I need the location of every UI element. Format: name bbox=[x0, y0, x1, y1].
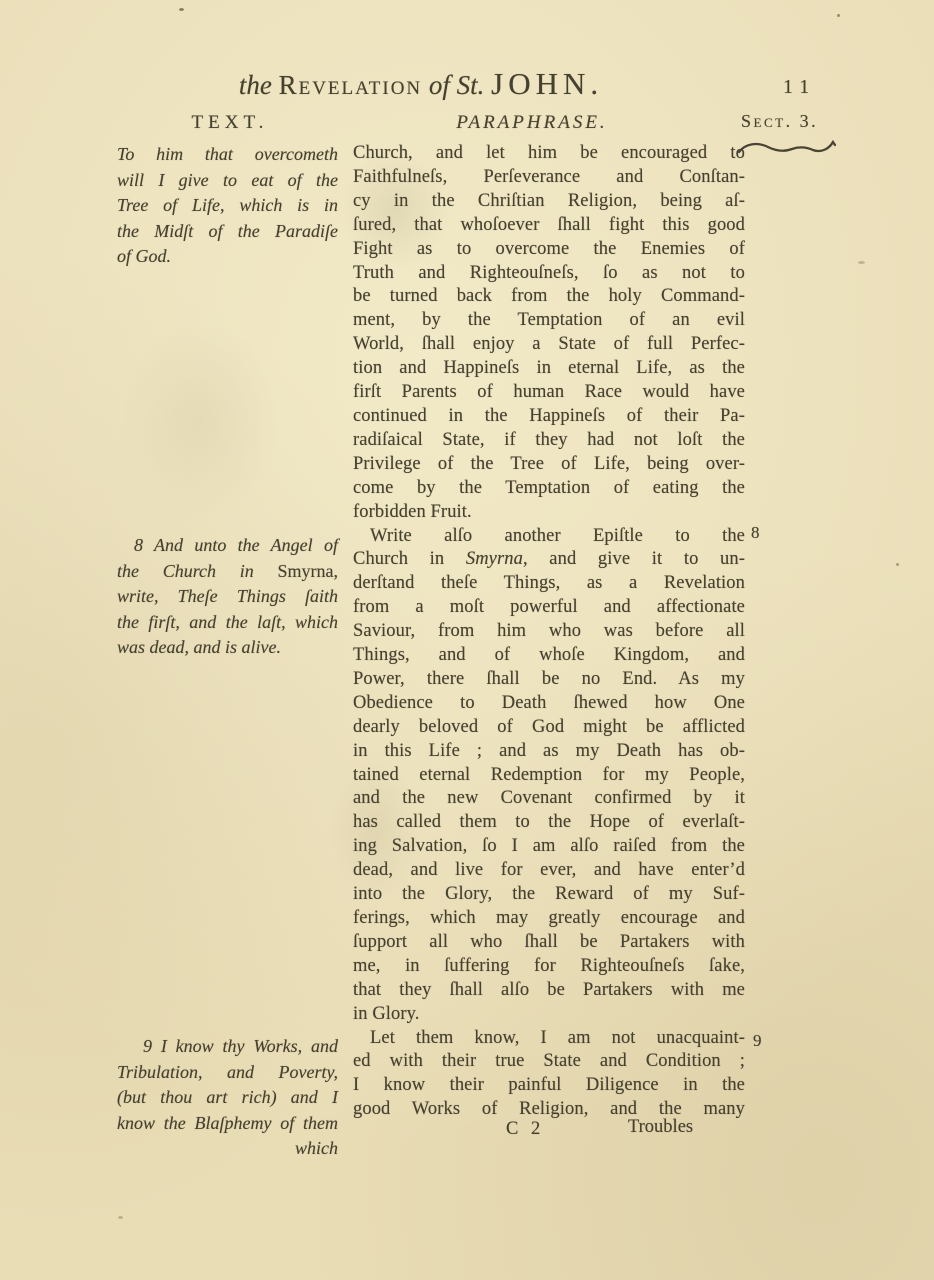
text-line: cy in the Chriſtian Religion, being aſ- bbox=[353, 190, 745, 214]
text-line: radiſaical State, if they had not loſt t… bbox=[353, 429, 745, 453]
text-line: To him that overcometh bbox=[117, 142, 338, 168]
text-line: I know their painful Diligence in the bbox=[353, 1074, 745, 1098]
text-line: ferings, which may greatly encourage and bbox=[353, 907, 745, 931]
text-line: ment, by the Temptation of an evil bbox=[353, 309, 745, 333]
margin-verse-number: 8 bbox=[751, 523, 760, 543]
text-line: has called them to the Hope of everlaſt- bbox=[353, 811, 745, 835]
text-line: Fight as to overcome the Enemies of bbox=[353, 238, 745, 262]
text-line: of God. bbox=[117, 244, 338, 270]
ink-speck bbox=[179, 8, 184, 11]
text-line: tion and Happineſs in eternal Life, as t… bbox=[353, 357, 745, 381]
signature-mark: C 2 bbox=[506, 1119, 544, 1140]
text-line: firſt Parents of human Race would have bbox=[353, 381, 745, 405]
ink-speck bbox=[118, 1216, 123, 1219]
text-column-header: TEXT. bbox=[150, 112, 310, 134]
text-line: dead, and live for ever, and have enter’… bbox=[353, 859, 745, 883]
text-line: continued in the Happineſs of their Pa- bbox=[353, 405, 745, 429]
text-line: from a moſt powerful and affectionate bbox=[353, 596, 745, 620]
text-line: know the Blaſphemy of them bbox=[117, 1111, 338, 1137]
text-line: ed with their true State and Condition ; bbox=[353, 1050, 745, 1074]
text-line: dearly beloved of God might be afflicted bbox=[353, 716, 745, 740]
text-line: the firſt, and the laſt, which bbox=[117, 610, 338, 636]
text-line: will I give to eat of the bbox=[117, 168, 338, 194]
book-page: the Revelation of St. JOHN. 11 TEXT. PAR… bbox=[0, 0, 934, 1280]
scripture-block-verse7: To him that overcometh will I give to ea… bbox=[117, 142, 338, 270]
text-line: ing Salvation, ſo I am alſo raiſed from … bbox=[353, 835, 745, 859]
title-word: Revelation bbox=[279, 70, 423, 100]
text-line: Faithfulneſs, Perſeverance and Conſtan- bbox=[353, 166, 745, 190]
paper-smudge bbox=[120, 320, 280, 520]
text-line: in Glory. bbox=[353, 1003, 745, 1027]
text-segment: Smyrna, bbox=[278, 561, 339, 581]
text-line: Church in Smyrna, and give it to un- bbox=[353, 548, 745, 572]
text-line: Obedience to Death ſhewed how One bbox=[353, 692, 745, 716]
title-word: the bbox=[239, 70, 272, 100]
text-line: Things, and of whoſe Kingdom, and bbox=[353, 644, 745, 668]
text-line: was dead, and is alive. bbox=[117, 635, 338, 661]
text-line: World, ſhall enjoy a State of full Perfe… bbox=[353, 333, 745, 357]
text-line: write, Theſe Things ſaith bbox=[117, 584, 338, 610]
section-flourish-icon bbox=[736, 137, 836, 159]
text-line: Let them know, I am not unacquaint- bbox=[353, 1027, 745, 1051]
text-line: into the Glory, the Reward of my Suf- bbox=[353, 883, 745, 907]
title-word: of St. bbox=[429, 70, 485, 100]
text-line: Write alſo another Epiſtle to the bbox=[353, 525, 745, 549]
ink-speck bbox=[837, 14, 840, 17]
paraphrase-column-header: PARAPHRASE. bbox=[352, 112, 712, 134]
margin-verse-number: 9 bbox=[753, 1031, 762, 1051]
text-line: ſupport all who ſhall be Partakers with bbox=[353, 931, 745, 955]
text-line: come by the Temptation of eating the bbox=[353, 477, 745, 501]
text-line: be turned back from the holy Command- bbox=[353, 285, 745, 309]
text-line: ſured, that whoſoever ſhall fight this g… bbox=[353, 214, 745, 238]
ink-speck bbox=[858, 261, 865, 264]
text-line: the Church in Smyrna, bbox=[117, 559, 338, 585]
text-line: in this Life ; and as my Death has ob- bbox=[353, 740, 745, 764]
text-line: Truth and Righteouſneſs, ſo as not to bbox=[353, 262, 745, 286]
page-number: 11 bbox=[783, 76, 816, 99]
text-segment: the Church in bbox=[117, 561, 278, 581]
text-line: tained eternal Redemption for my People, bbox=[353, 764, 745, 788]
text-line: 8 And unto the Angel of bbox=[117, 533, 338, 559]
text-line: forbidden Fruit. bbox=[353, 501, 745, 525]
page-title: the Revelation of St. JOHN. bbox=[60, 66, 782, 102]
text-line: and the new Covenant confirmed by it bbox=[353, 787, 745, 811]
text-segment: Smyrna bbox=[466, 549, 523, 569]
text-line: (but thou art rich) and I bbox=[117, 1085, 338, 1111]
text-line: Tree of Life, which is in bbox=[117, 193, 338, 219]
text-line: 9 I know thy Works, and bbox=[117, 1034, 338, 1060]
text-line: Saviour, from him who was before all bbox=[353, 620, 745, 644]
text-line: derſtand theſe Things, as a Revelation bbox=[353, 572, 745, 596]
text-line: me, in ſuffering for Righteouſneſs ſake, bbox=[353, 955, 745, 979]
title-word: JOHN. bbox=[491, 66, 603, 101]
text-segment: , and give it to un- bbox=[523, 549, 745, 569]
catchword: which bbox=[117, 1136, 338, 1162]
text-line: the Midſt of the Paradiſe bbox=[117, 219, 338, 245]
text-line: Church, and let him be encouraged to bbox=[353, 142, 745, 166]
catchword: Troubles bbox=[628, 1117, 693, 1138]
text-line: that they ſhall alſo be Partakers with m… bbox=[353, 979, 745, 1003]
paraphrase-column: Church, and let him be encouraged to Fai… bbox=[353, 142, 745, 1122]
scripture-block-verse9: 9 I know thy Works, and Tribulation, and… bbox=[117, 1034, 338, 1162]
ink-speck bbox=[896, 563, 899, 566]
text-line: Tribulation, and Poverty, bbox=[117, 1060, 338, 1086]
text-segment: Church in bbox=[353, 549, 466, 569]
text-line: Privilege of the Tree of Life, being ove… bbox=[353, 453, 745, 477]
section-label: Sect. 3. bbox=[741, 111, 818, 132]
scripture-block-verse8: 8 And unto the Angel of the Church in Sm… bbox=[117, 533, 338, 661]
text-line: Power, there ſhall be no End. As my bbox=[353, 668, 745, 692]
